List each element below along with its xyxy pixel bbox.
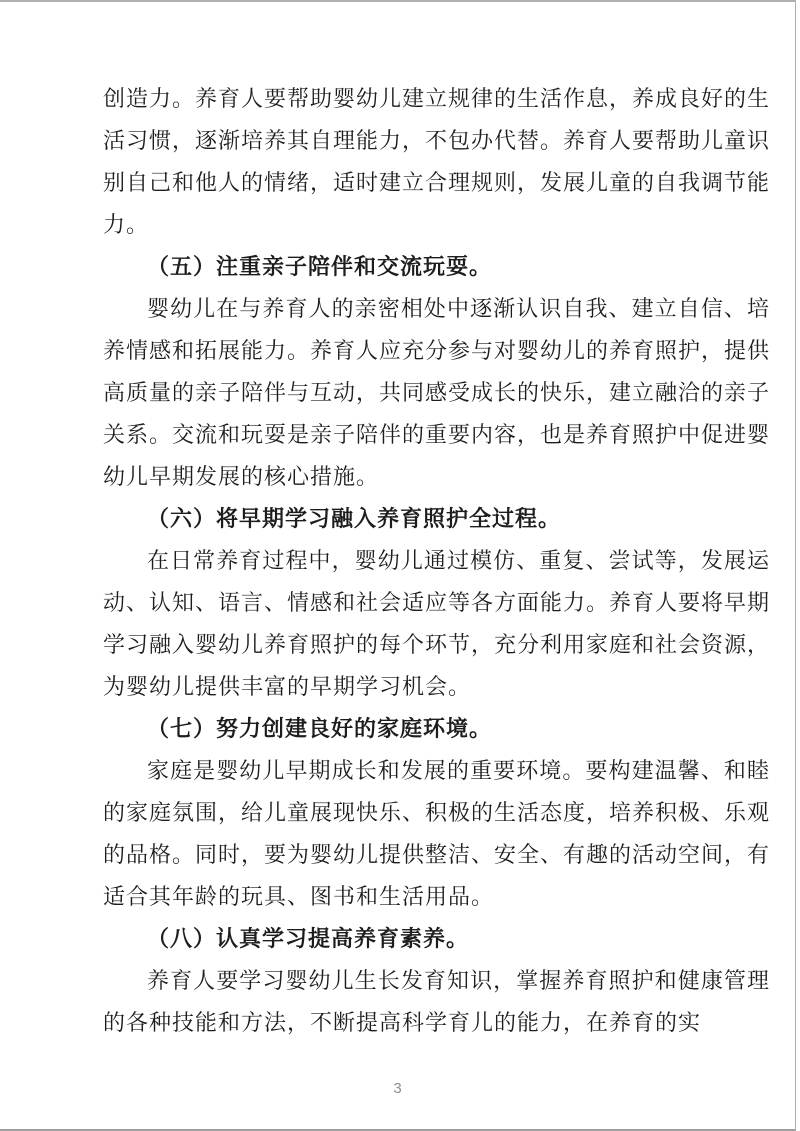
- page-number: 3: [0, 1080, 795, 1097]
- paragraph-section-5: 婴幼儿在与养育人的亲密相处中逐渐认识自我、建立自信、培养情感和拓展能力。养育人应…: [103, 288, 770, 498]
- section-heading-8: （八）认真学习提高养育素养。: [103, 918, 770, 960]
- paragraph-continuation: 创造力。养育人要帮助婴幼儿建立规律的生活作息，养成良好的生活习惯，逐渐培养其自理…: [103, 78, 770, 246]
- document-viewport: 创造力。养育人要帮助婴幼儿建立规律的生活作息，养成良好的生活习惯，逐渐培养其自理…: [0, 0, 800, 1131]
- paragraph-section-8: 养育人要学习婴幼儿生长发育知识，掌握养育照护和健康管理的各种技能和方法，不断提高…: [103, 960, 770, 1044]
- section-heading-6: （六）将早期学习融入养育照护全过程。: [103, 498, 770, 540]
- section-heading-7: （七）努力创建良好的家庭环境。: [103, 708, 770, 750]
- paragraph-section-7: 家庭是婴幼儿早期成长和发展的重要环境。要构建温馨、和睦的家庭氛围，给儿童展现快乐…: [103, 750, 770, 918]
- document-page: 创造力。养育人要帮助婴幼儿建立规律的生活作息，养成良好的生活习惯，逐渐培养其自理…: [0, 0, 796, 1131]
- page-content: 创造力。养育人要帮助婴幼儿建立规律的生活作息，养成良好的生活习惯，逐渐培养其自理…: [0, 2, 795, 1044]
- paragraph-section-6: 在日常养育过程中，婴幼儿通过模仿、重复、尝试等，发展运动、认知、语言、情感和社会…: [103, 540, 770, 708]
- section-heading-5: （五）注重亲子陪伴和交流玩耍。: [103, 246, 770, 288]
